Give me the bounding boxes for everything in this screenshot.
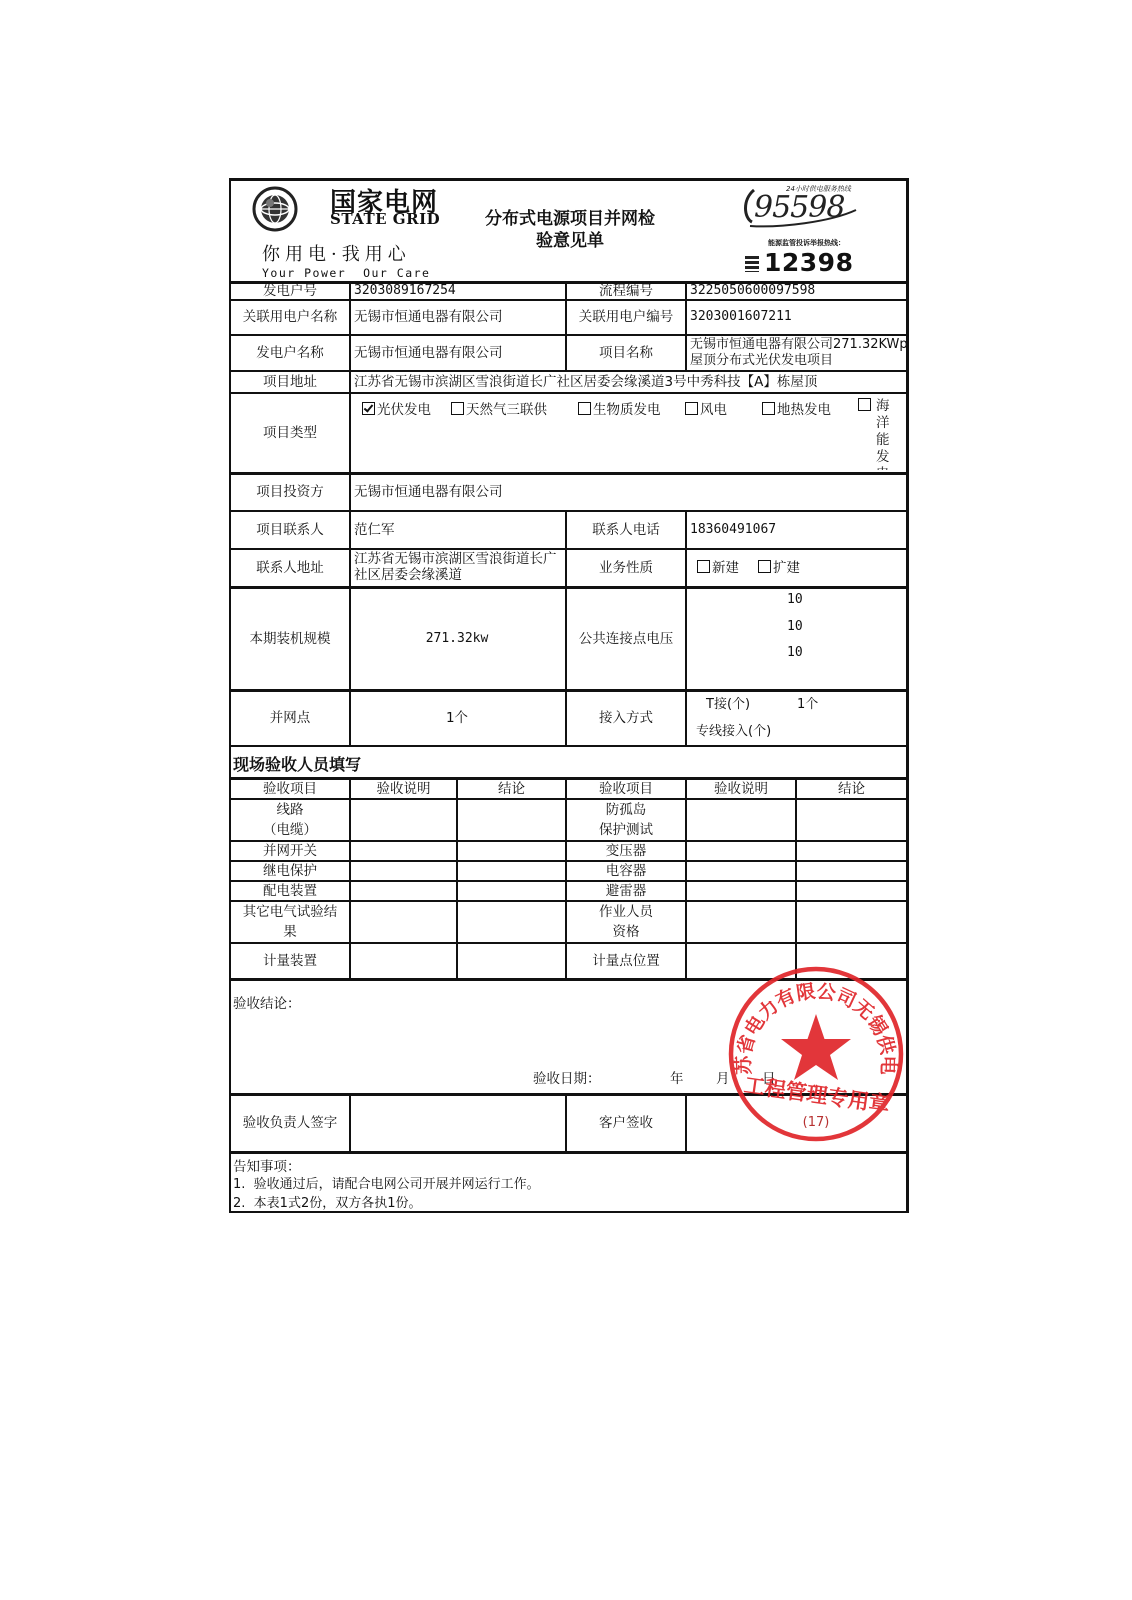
type-option-biomass[interactable]: 生物质发电: [578, 398, 661, 418]
checkbox-icon[interactable]: [578, 402, 591, 415]
type-option-wind[interactable]: 风电: [685, 398, 727, 418]
related-account-name: 无锡市恒通电器有限公司: [351, 301, 566, 334]
stamp-center-text: 工程管理专用章: [743, 1073, 892, 1117]
access-dedicated-label: 专线接入(个): [696, 720, 771, 739]
contact: 范仁军: [351, 512, 566, 548]
slogan-en: Your Power Our Care: [262, 266, 430, 280]
gen-account-no: 3203089167254: [351, 283, 566, 300]
type-option-geothermal[interactable]: 地热发电: [762, 398, 831, 418]
stamp-number: (17): [803, 1115, 830, 1130]
complaint-caption: 能源监管投诉举报热线：: [768, 238, 845, 248]
star-icon: [781, 1014, 851, 1080]
capacity: 271.32kw: [351, 589, 563, 689]
inspection-row-right: 作业人员 资格: [567, 902, 685, 942]
business-option-new[interactable]: 新建: [697, 556, 739, 576]
inspection-row-left: 其它电气试验结 果: [231, 902, 349, 942]
business-option-expand[interactable]: 扩建: [758, 556, 800, 576]
inspection-row-right: 电容器: [567, 862, 685, 880]
official-stamp: 国网江苏省电力有限公司无锡供电分公司 工程管理专用章 (17): [720, 962, 910, 1148]
option-label: 天然气三联供: [466, 402, 547, 418]
option-label: 风电: [700, 402, 727, 418]
related-account-name-label: 关联用电户名称: [231, 301, 349, 334]
project-type-label: 项目类型: [231, 394, 349, 472]
contact-phone-label: 联系人电话: [567, 512, 685, 548]
conclusion-field[interactable]: [351, 1010, 701, 1060]
option-label: 生物质发电: [593, 402, 661, 418]
inspection-row-left: 并网开关: [231, 842, 349, 860]
header-item: 验收项目: [567, 780, 685, 798]
hotline-95598: 24小时供电服务热线 95598: [740, 182, 860, 230]
inspection-row-right: 防孤岛 保护测试: [567, 800, 685, 840]
flow-no: 3225050600097598: [687, 283, 908, 300]
project-name-label: 项目名称: [567, 336, 685, 370]
gen-account-no-label: 发电户号: [231, 283, 349, 300]
header-item: 验收项目: [231, 780, 349, 798]
border-bottom: [229, 1211, 909, 1213]
divider: [349, 777, 351, 980]
inspection-row-left: 线路 （电缆）: [231, 800, 349, 840]
project-name: 无锡市恒通电器有限公司271.32KWp屋顶分布式光伏发电项目: [687, 336, 908, 370]
access-t-label: T接(个): [706, 693, 750, 712]
flow-no-label: 流程编号: [567, 283, 685, 300]
inspection-row-right: 避雷器: [567, 882, 685, 900]
form-title-line2: 验意见单: [460, 230, 680, 252]
inspector-sign-label: 验收负责人签字: [231, 1096, 349, 1151]
complaint-icon: [745, 256, 759, 272]
type-option-gas-cchp[interactable]: 天然气三联供: [451, 398, 547, 418]
pcc-voltage-3: 10: [787, 645, 803, 660]
investor: 无锡市恒通电器有限公司: [351, 475, 908, 510]
contact-phone: 18360491067: [687, 512, 908, 548]
checkbox-icon[interactable]: [697, 560, 710, 573]
related-account-no: 3203001607211: [687, 301, 908, 334]
access-mode-label: 接入方式: [567, 692, 685, 745]
contact-label: 项目联系人: [231, 512, 349, 548]
project-address: 江苏省无锡市滨湖区雪浪街道长广社区居委会缘溪道3号中秀科技【A】栋屋顶: [351, 372, 908, 392]
checkbox-checked-icon[interactable]: [362, 402, 375, 415]
slogan-cn: 你用电·我用心: [262, 240, 411, 266]
checkbox-icon[interactable]: [858, 398, 871, 411]
brand-en: STATE GRID: [330, 210, 440, 228]
divider: [685, 777, 687, 980]
checkbox-icon[interactable]: [758, 560, 771, 573]
date-label: 验收日期：: [533, 1067, 601, 1087]
contact-address: 江苏省无锡市滨湖区雪浪街道长广社区居委会缘溪道: [351, 550, 566, 586]
header-result: 结论: [797, 780, 906, 798]
checkbox-icon[interactable]: [685, 402, 698, 415]
option-label: 地热发电: [777, 402, 831, 418]
grid-points: 1个: [351, 692, 563, 745]
divider: [229, 745, 909, 747]
investor-label: 项目投资方: [231, 475, 349, 510]
divider: [456, 777, 458, 980]
state-grid-logo-icon: [252, 186, 298, 232]
access-t-value: 1个: [797, 693, 818, 712]
hotline-number: 95598: [754, 190, 844, 225]
divider: [229, 1151, 909, 1154]
option-label: 扩建: [773, 560, 800, 576]
border-top: [229, 178, 909, 181]
year-label: 年: [670, 1067, 684, 1087]
option-label: 光伏发电: [377, 402, 431, 418]
form-title-line1: 分布式电源项目并网检: [460, 208, 680, 230]
notice-title: 告知事项：: [233, 1155, 301, 1175]
pcc-voltage-label: 公共连接点电压: [567, 589, 685, 689]
checkbox-icon[interactable]: [451, 402, 464, 415]
customer-sign-label: 客户签收: [567, 1096, 685, 1151]
header-desc: 验收说明: [687, 780, 795, 798]
complaint-number: 12398: [764, 248, 853, 277]
gen-account-name-label: 发电户名称: [231, 336, 349, 370]
grid-points-label: 并网点: [231, 692, 349, 745]
capacity-label: 本期装机规模: [231, 589, 349, 689]
gen-account-name: 无锡市恒通电器有限公司: [351, 336, 566, 370]
ocean-option-label: 海洋能发电: [876, 398, 890, 470]
inspection-row-left: 继电保护: [231, 862, 349, 880]
type-option-ocean[interactable]: [858, 398, 873, 414]
business-type-label: 业务性质: [567, 550, 685, 586]
pcc-voltage-1: 10: [787, 592, 803, 607]
header-desc: 验收说明: [351, 780, 456, 798]
conclusion-label: 验收结论：: [233, 992, 301, 1012]
checkbox-icon[interactable]: [762, 402, 775, 415]
inspection-row-left: 计量装置: [231, 944, 349, 978]
section-title: 现场验收人员填写: [233, 752, 361, 775]
notice-item: 1. 验收通过后，请配合电网公司开展并网运行工作。: [233, 1173, 540, 1192]
type-option-pv[interactable]: 光伏发电: [362, 398, 431, 418]
option-label: 新建: [712, 560, 739, 576]
contact-address-label: 联系人地址: [231, 550, 349, 586]
form-title: 分布式电源项目并网检 验意见单: [460, 208, 680, 252]
inspection-row-right: 变压器: [567, 842, 685, 860]
inspection-row-left: 配电装置: [231, 882, 349, 900]
pcc-voltage-2: 10: [787, 619, 803, 634]
inspector-sign-field[interactable]: [351, 1096, 565, 1151]
header-result: 结论: [458, 780, 565, 798]
project-address-label: 项目地址: [231, 372, 349, 392]
related-account-no-label: 关联用电户编号: [567, 301, 685, 334]
inspection-row-right: 计量点位置: [567, 944, 685, 978]
divider: [795, 777, 797, 980]
notice-item: 2. 本表1式2份，双方各执1份。: [233, 1192, 421, 1211]
